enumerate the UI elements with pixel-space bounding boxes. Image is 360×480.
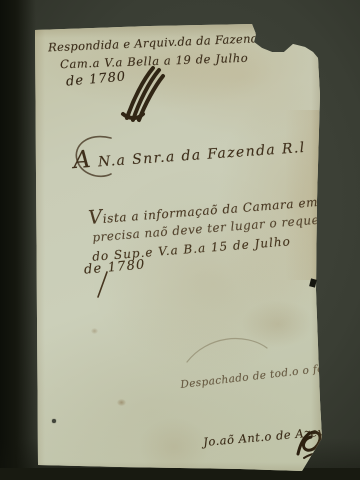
paper-sheet: Respondida e Arquiv.da da Fazenda e da C… bbox=[33, 22, 325, 474]
photo-background: Respondida e Arquiv.da da Fazenda e da C… bbox=[0, 0, 360, 480]
backing-dark-band bbox=[0, 468, 360, 480]
backing-shadow-left bbox=[0, 0, 36, 480]
paper-edge-shading bbox=[33, 22, 325, 474]
